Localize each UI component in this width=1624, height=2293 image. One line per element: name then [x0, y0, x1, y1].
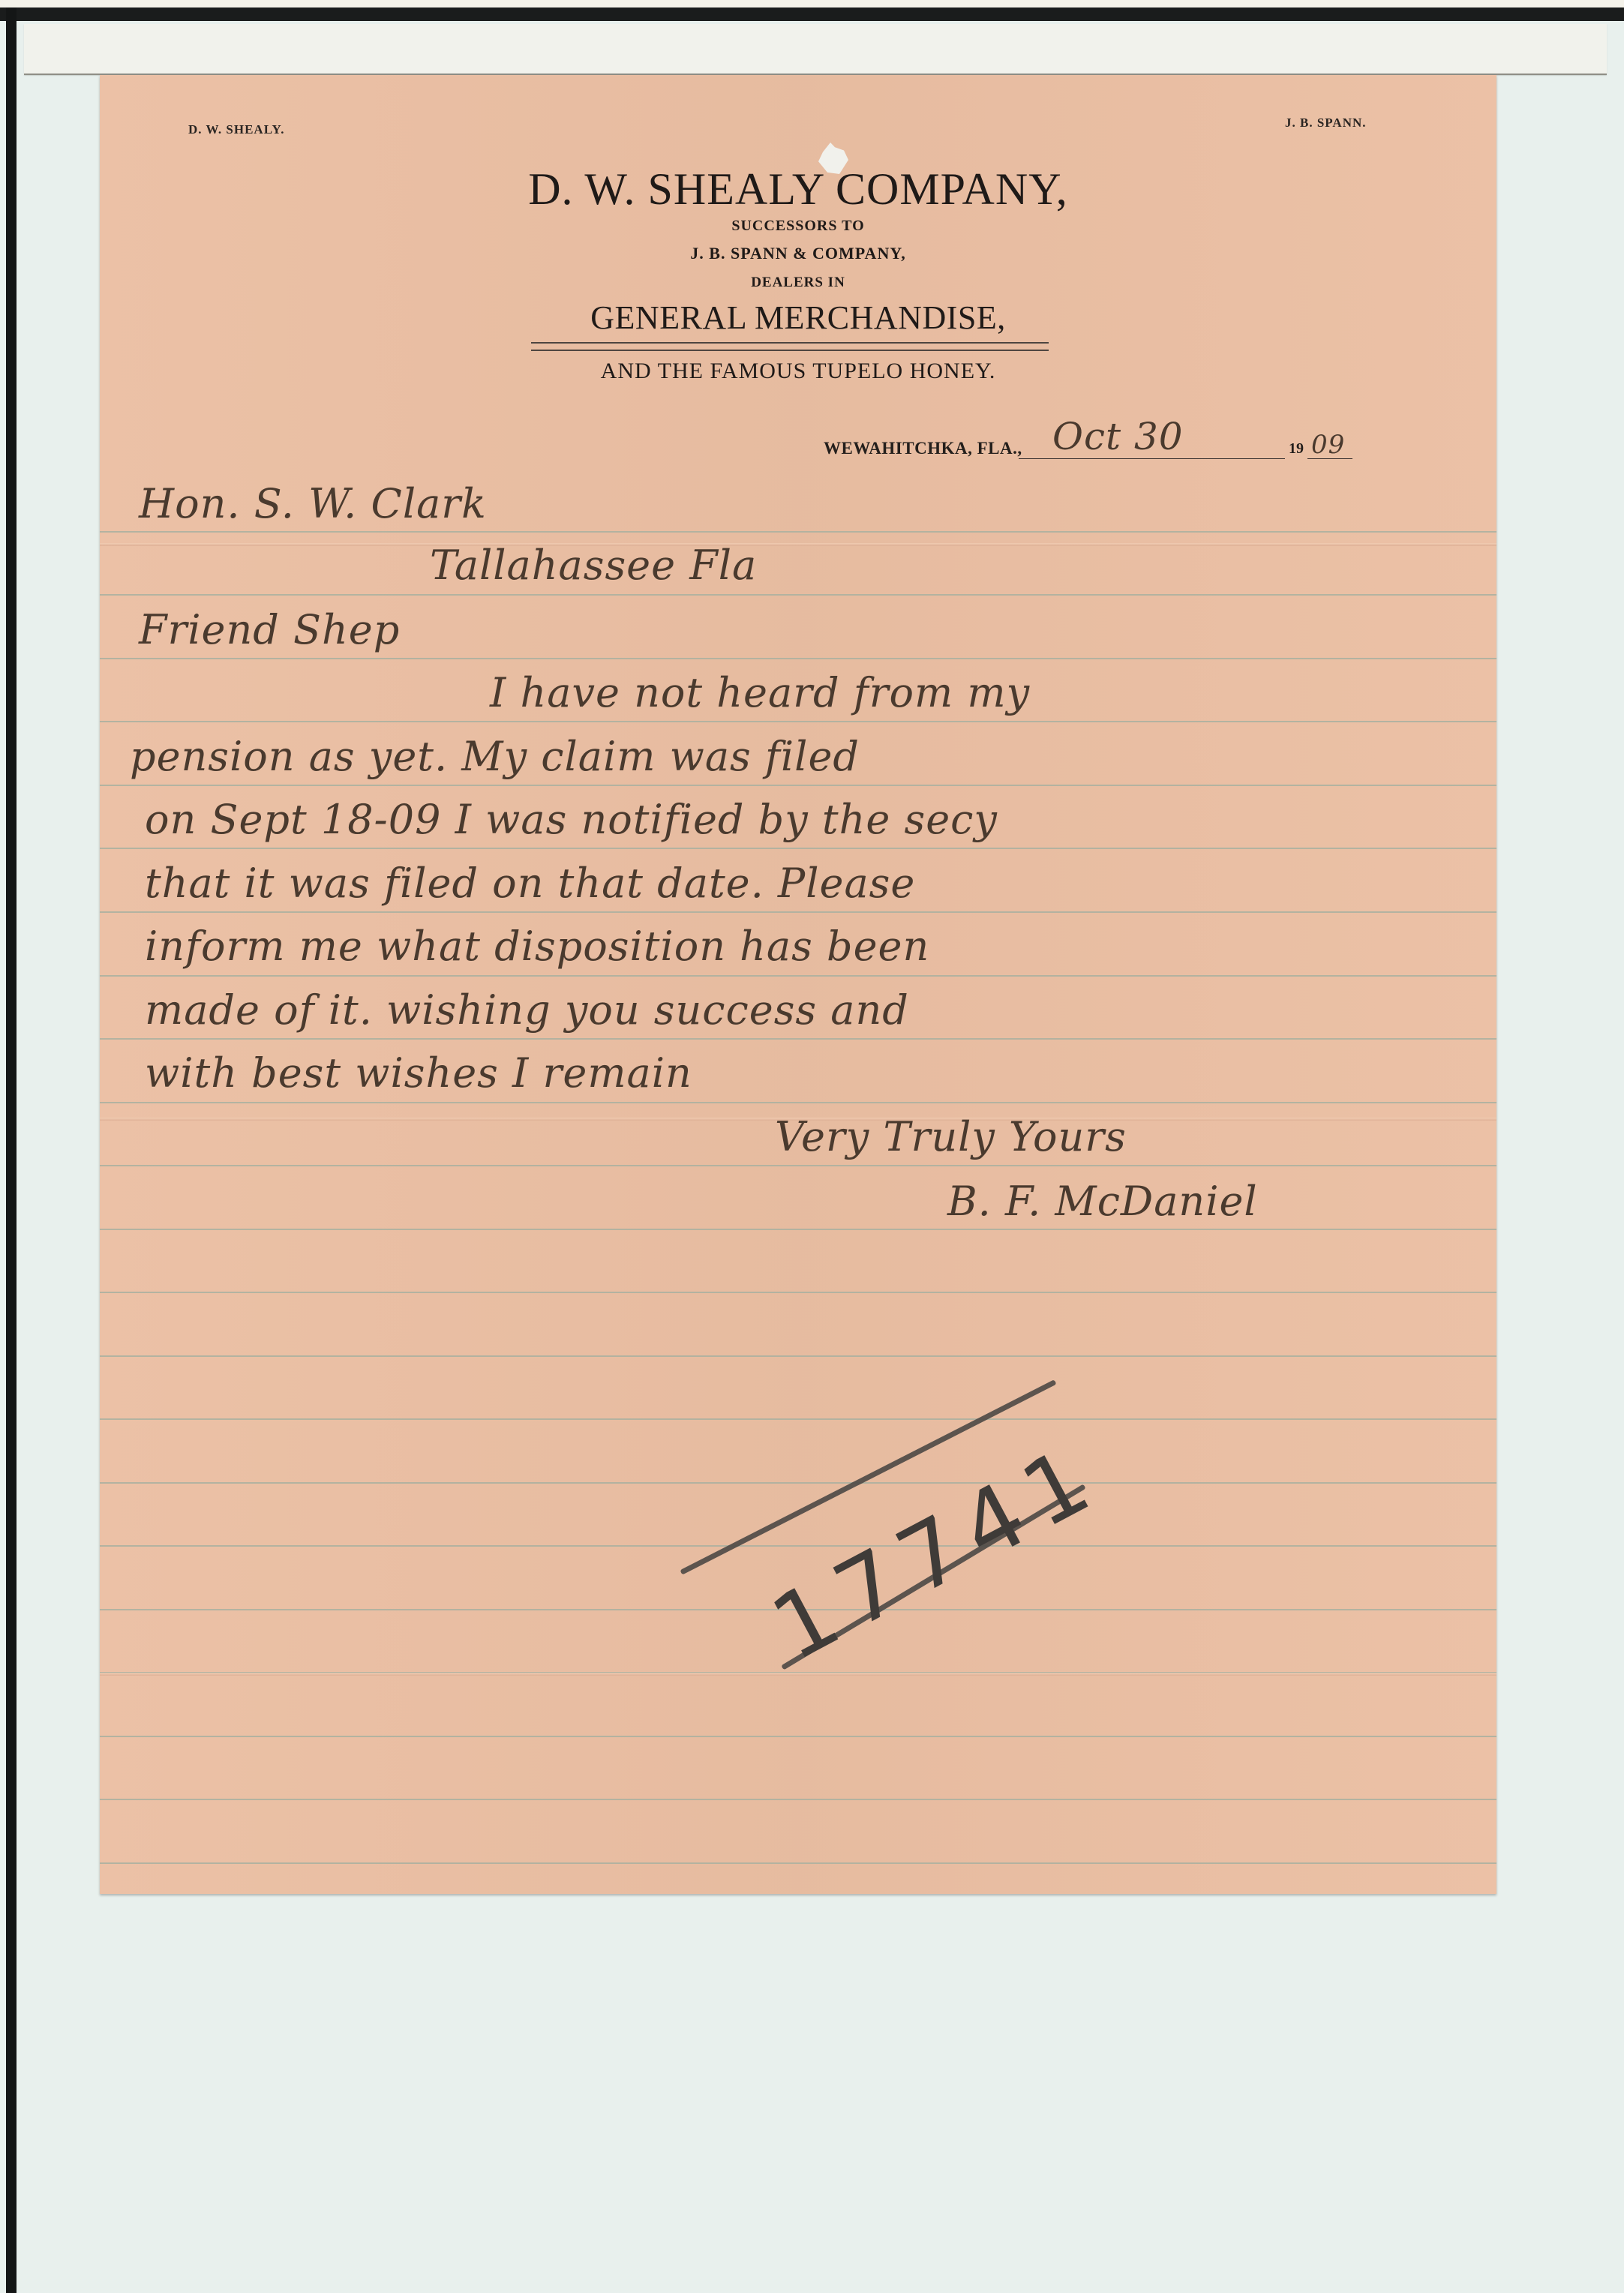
ruled-line — [100, 658, 1496, 659]
ruled-line — [100, 785, 1496, 786]
addressee: Hon. S. W. Clark — [139, 480, 487, 527]
business-line: GENERAL MERCHANDISE, — [100, 299, 1496, 337]
scan-black-edge — [0, 8, 1624, 21]
dealers-label: DEALERS IN — [100, 275, 1496, 291]
closing: Very Truly Yours — [775, 1113, 1127, 1160]
ruled-line — [100, 975, 1496, 977]
body-line: with best wishes I remain — [145, 1049, 692, 1097]
mounting-tape — [24, 24, 1607, 75]
paper-fold — [100, 543, 1496, 546]
body-line: made of it. wishing you success and — [145, 986, 909, 1034]
ruled-line — [100, 594, 1496, 596]
ruled-line — [100, 1229, 1496, 1230]
ruled-line — [100, 1482, 1496, 1484]
paper-fold — [100, 1673, 1496, 1676]
tagline: AND THE FAMOUS TUPELO HONEY. — [100, 359, 1496, 384]
ruled-line — [100, 1736, 1496, 1737]
ruled-line — [100, 1038, 1496, 1040]
ruled-line — [100, 531, 1496, 533]
scan-left-edge — [6, 8, 17, 2293]
ruled-line — [100, 1165, 1496, 1166]
place-label: WEWAHITCHKA, FLA., — [824, 439, 1022, 458]
ruled-line — [100, 848, 1496, 849]
letterhead-left-name: D. W. SHEALY. — [188, 122, 284, 137]
body-line: inform me what disposition has been — [145, 923, 929, 970]
company-name: D. W. SHEALY COMPANY, — [100, 164, 1496, 215]
date-underline — [1019, 458, 1285, 459]
body-line: that it was filed on that date. Please — [145, 860, 915, 907]
address: Tallahassee Fla — [430, 542, 757, 589]
body-line: pension as yet. My claim was filed — [130, 733, 860, 780]
ruled-line — [100, 721, 1496, 722]
body-line: I have not heard from my — [490, 669, 1030, 716]
ruled-line — [100, 1102, 1496, 1103]
ruled-line — [100, 1862, 1496, 1864]
successors-label: SUCCESSORS TO — [100, 218, 1496, 235]
ruled-line — [100, 1799, 1496, 1800]
handwritten-year: 09 — [1311, 430, 1345, 460]
pencil-file-number: 17741 — [756, 1423, 1118, 1681]
salutation: Friend Shep — [139, 606, 400, 653]
ruled-line — [100, 1292, 1496, 1293]
letterhead-double-rule — [531, 342, 1049, 351]
year-prefix: 19 — [1289, 440, 1304, 458]
letterhead-right-name: J. B. SPANN. — [1285, 116, 1367, 131]
scan-top-edge — [0, 0, 1624, 8]
letter-sheet: D. W. SHEALY. J. B. SPANN. D. W. SHEALY … — [100, 75, 1496, 1894]
ruled-line — [100, 1545, 1496, 1547]
body-line: on Sept 18-09 I was notified by the secy — [145, 796, 998, 843]
ruled-line — [100, 1418, 1496, 1420]
signature: B. F. McDaniel — [947, 1178, 1258, 1225]
ruled-line — [100, 1355, 1496, 1357]
ruled-line — [100, 911, 1496, 913]
predecessor-company: J. B. SPANN & COMPANY, — [100, 244, 1496, 263]
handwritten-date: Oct 30 — [1052, 415, 1184, 458]
